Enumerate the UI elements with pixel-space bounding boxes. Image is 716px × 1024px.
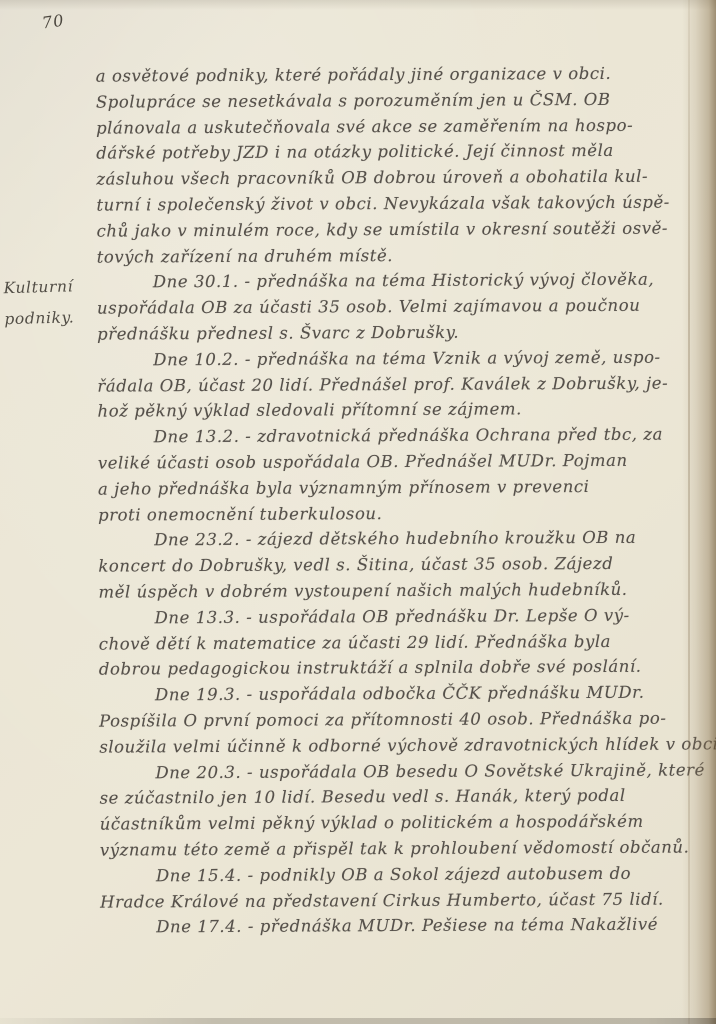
page-number: 70 [41,11,66,33]
manuscript-line: Dne 15.4. - podnikly OB a Sokol zájezd a… [100,860,704,889]
manuscript-line: Dne 19.3. - uspořádala odbočka ČČK předn… [99,680,703,709]
margin-note: Kulturnípodniky. [3,271,97,335]
manuscript-line: a osvětové podniky, které pořádaly jiné … [96,60,700,89]
manuscript-line: zásluhou všech pracovníků OB dobrou úrov… [96,164,700,193]
manuscript-line: se zúčastnilo jen 10 lidí. Besedu vedl s… [99,783,703,812]
margin-note-line: podniky. [4,302,97,335]
manuscript-line: dobrou pedagogickou instruktáží a splnil… [99,654,703,683]
manuscript-line: Dne 20.3. - uspořádala OB besedu O Sovět… [99,757,703,786]
manuscript-line: koncert do Dobrušky, vedl s. Šitina, úča… [98,551,702,580]
manuscript-line: Dne 13.3. - uspořádala OB přednášku Dr. … [99,602,703,631]
chronicle-page: 70 Kulturnípodniky. a osvětové podniky, … [0,0,716,1024]
manuscript-line: měl úspěch v dobrém vystoupení našich ma… [98,576,702,605]
manuscript-body: a osvětové podniky, které pořádaly jiné … [96,60,705,940]
manuscript-line: tových zařízení na druhém místě. [97,241,701,270]
manuscript-line: Dne 10.2. - přednáška na téma Vznik a vý… [97,344,701,373]
manuscript-line: Dne 13.2. - zdravotnická přednáška Ochra… [98,422,702,451]
manuscript-line: hož pěkný výklad sledovali přítomní se z… [97,396,701,425]
manuscript-line: přednášku přednesl s. Švarc z Dobrušky. [97,318,701,347]
manuscript-line: chů jako v minulém roce, kdy se umístila… [97,215,701,244]
manuscript-line: Pospíšila O první pomoci za přítomnosti … [99,705,703,734]
manuscript-line: Dne 30.1. - přednáška na téma Historický… [97,267,701,296]
margin-note-line: Kulturní [3,271,96,304]
manuscript-line: Hradce Králové na představení Cirkus Hum… [100,886,704,915]
manuscript-line: Spolupráce se nesetkávala s porozuměním … [96,86,700,115]
bottom-edge-shadow [0,1018,716,1024]
manuscript-line: uspořádala OB za účasti 35 osob. Velmi z… [97,293,701,322]
manuscript-line: sloužila velmi účinně k odborné výchově … [99,731,703,760]
manuscript-line: Dne 17.4. - přednáška MUDr. Pešiese na t… [100,912,704,941]
manuscript-line: veliké účasti osob uspořádala OB. Předná… [98,447,702,476]
manuscript-line: plánovala a uskutečňovala své akce se za… [96,112,700,141]
manuscript-line: významu této země a přispěl tak k prohlo… [100,834,704,863]
manuscript-line: proti onemocnění tuberkulosou. [98,499,702,528]
manuscript-line: řádala OB, účast 20 lidí. Přednášel prof… [97,370,701,399]
manuscript-line: Dne 23.2. - zájezd dětského hudebního kr… [98,525,702,554]
manuscript-line: turní i společenský život v obci. Nevyká… [96,189,700,218]
top-edge-shadow [0,0,716,10]
manuscript-line: chově dětí k matematice za účasti 29 lid… [99,628,703,657]
manuscript-line: a jeho přednáška byla významným přínosem… [98,473,702,502]
manuscript-line: dářské potřeby JZD i na otázky politické… [96,138,700,167]
manuscript-line: účastníkům velmi pěkný výklad o politick… [100,809,704,838]
